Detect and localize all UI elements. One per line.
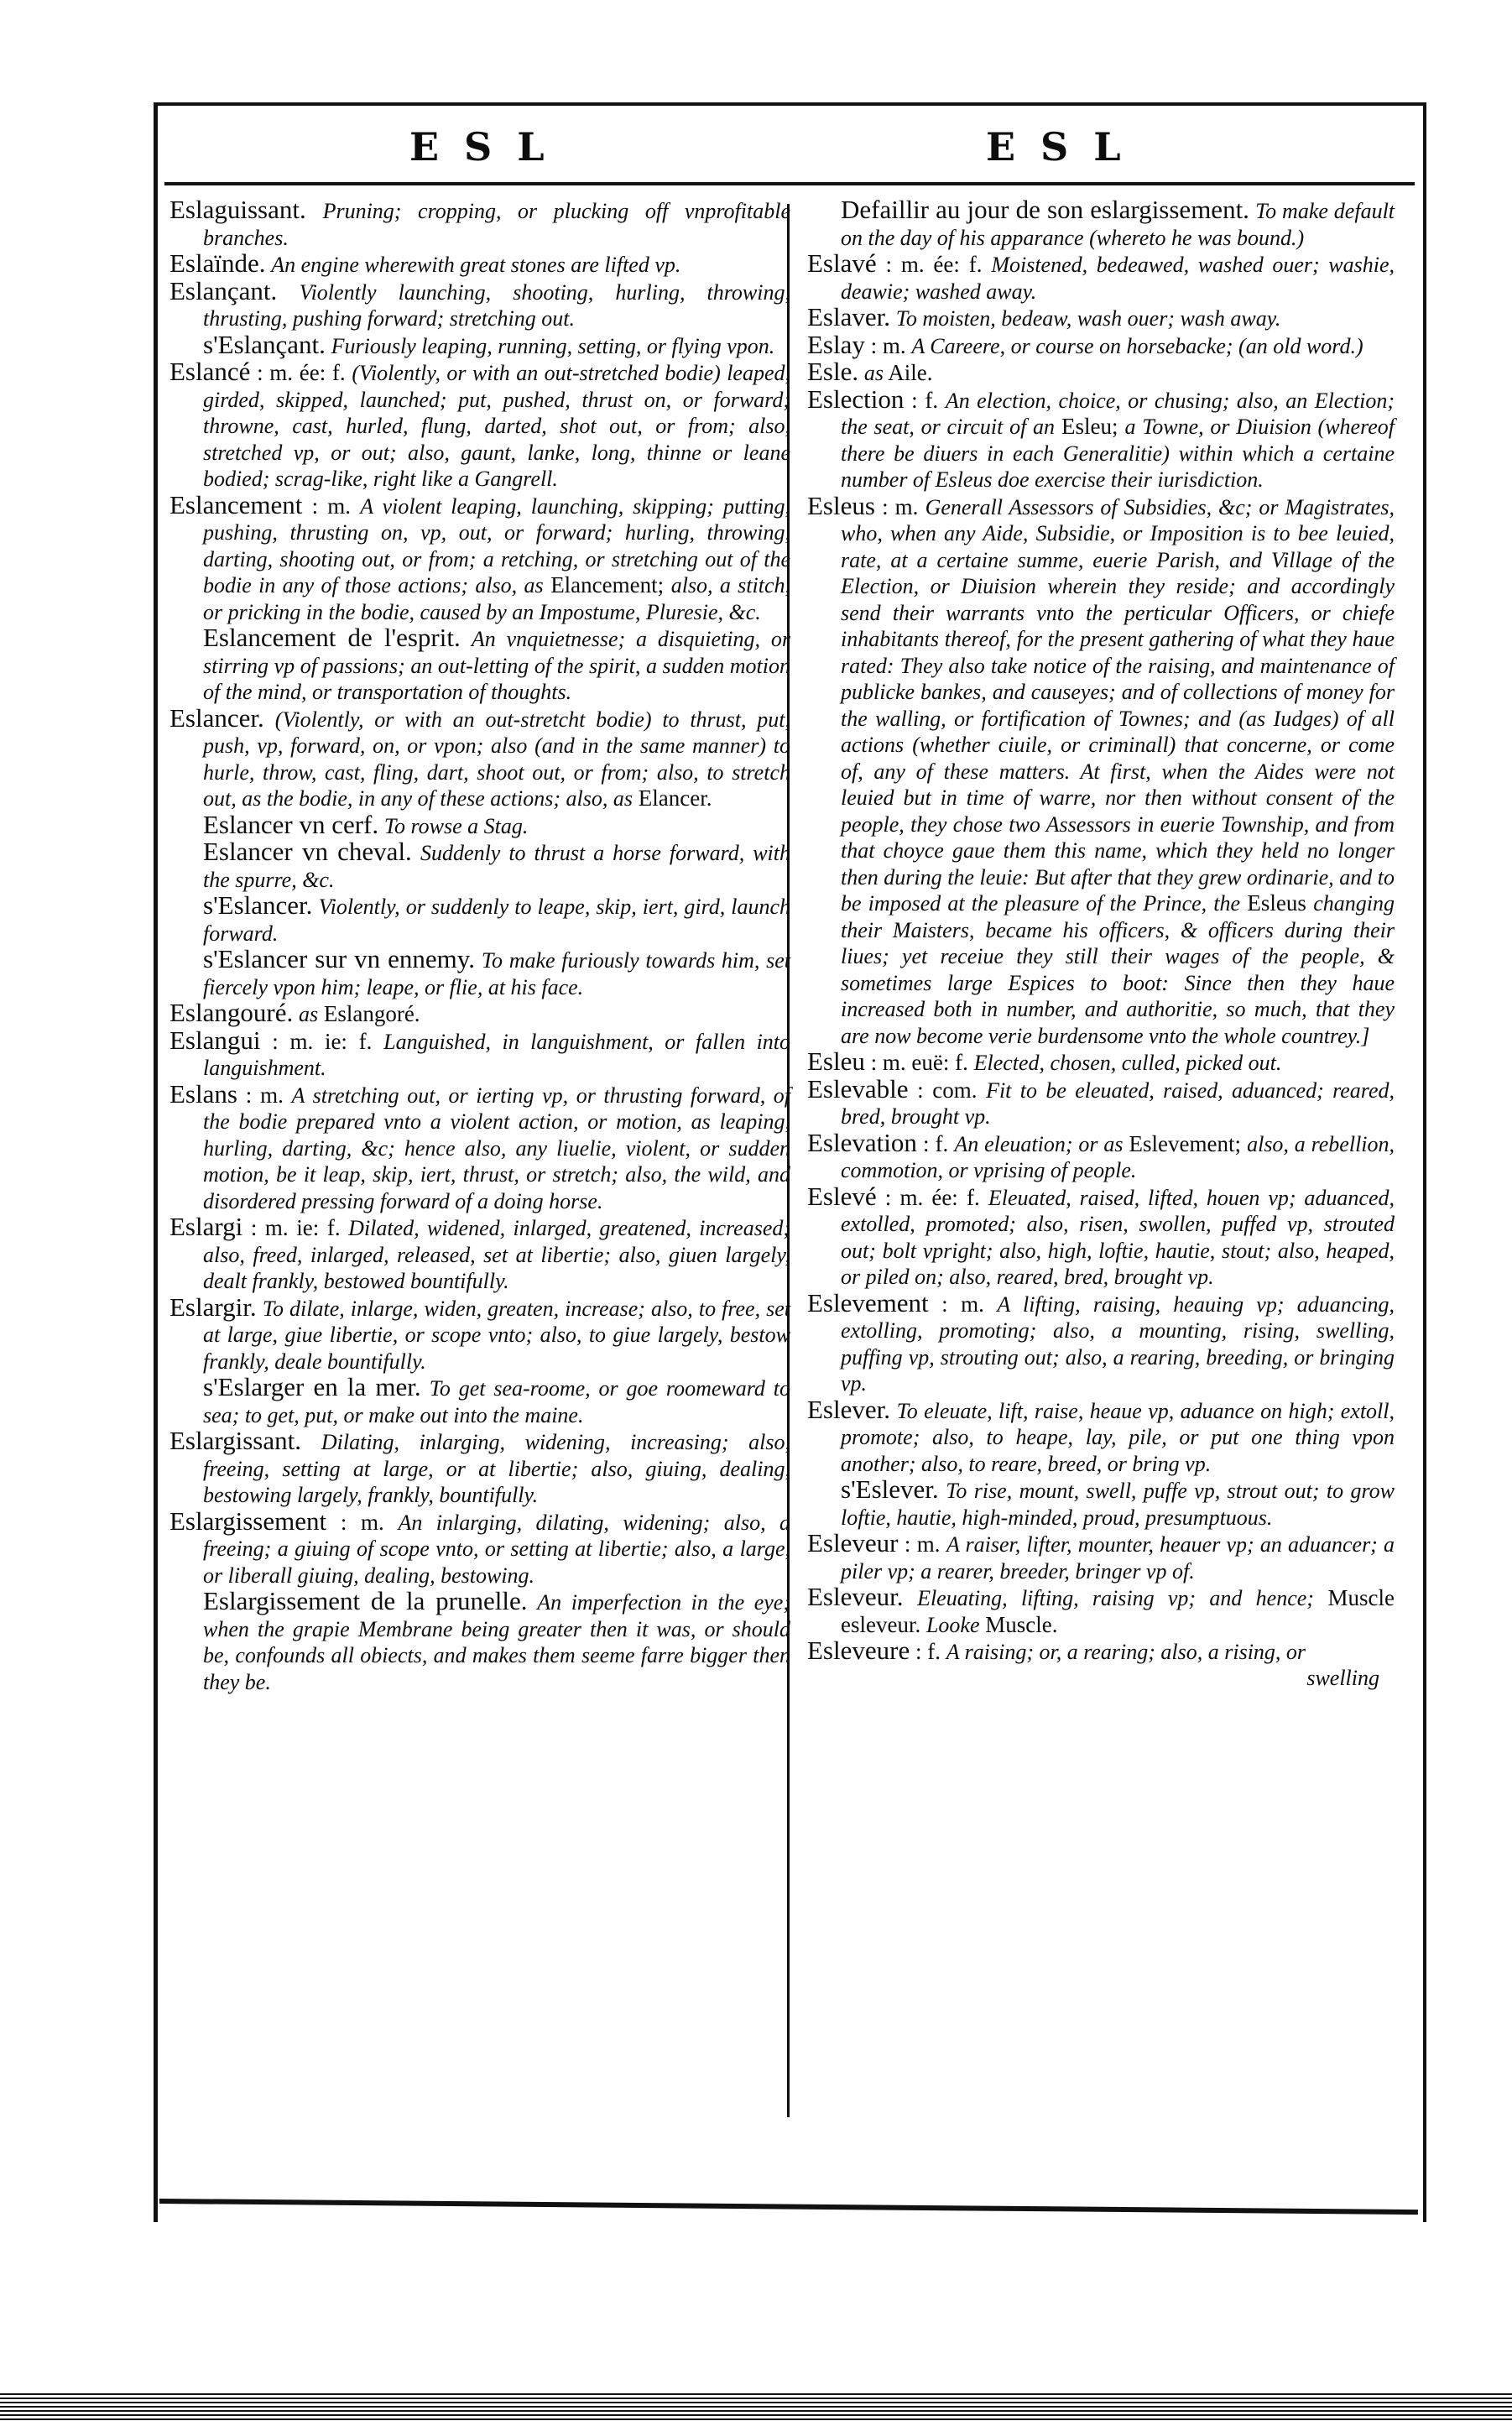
headword: Eslancer vn cheval. [203, 837, 412, 866]
dictionary-entry: Eslevable : com. Fit to be eleuated, rai… [807, 1077, 1395, 1130]
headword: Eslaver. [807, 302, 890, 331]
headword: Eslargissement [169, 1506, 326, 1536]
cross-reference: Muscle. [985, 1612, 1057, 1637]
headword: Eslangouré. [169, 998, 293, 1027]
scan-artifact [0, 2393, 1512, 2421]
headword: Eslargissement de la prunelle. [203, 1586, 527, 1615]
headword: Defaillir au jour de son eslargissement. [841, 195, 1249, 224]
headword: Eslargir. [169, 1292, 257, 1322]
definition: as [864, 361, 884, 385]
grammar-label: : m. [882, 494, 918, 519]
definition-continued: Looke [926, 1613, 980, 1637]
dictionary-entry: Defaillir au jour de son eslargissement.… [807, 197, 1395, 251]
definition: Generall Assessors of Subsidies, &c; or … [841, 495, 1395, 916]
headword: Esleveur. [807, 1582, 904, 1611]
dictionary-entry: Eslargissement de la prunelle. An imperf… [169, 1589, 790, 1695]
running-head-right: ESL [986, 124, 1146, 170]
dictionary-entry: Eslargi : m. ie: f. Dilated, widened, in… [169, 1214, 790, 1295]
dictionary-entry: Esle. as Aile. [807, 359, 1395, 387]
dictionary-entry: Eslevé : m. ée: f. Eleuated, raised, lif… [807, 1184, 1395, 1291]
dictionary-entry: s'Eslançant. Furiously leaping, running,… [169, 332, 790, 360]
dictionary-entry: Eslancement de l'esprit. An vnquietnesse… [169, 625, 790, 706]
definition: Elected, chosen, culled, picked out. [974, 1051, 1282, 1075]
definition: To eleuate, lift, raise, heaue vp, aduan… [841, 1399, 1395, 1476]
grammar-label: : com. [917, 1077, 977, 1103]
headword: Esleu [807, 1046, 865, 1076]
dictionary-entry: s'Eslever. To rise, mount, swell, puffe … [807, 1477, 1395, 1531]
grammar-label: : m. [246, 1083, 284, 1108]
grammar-label: : m. ée: f. [885, 252, 982, 277]
headword: Esle. [807, 357, 858, 386]
header-rule [164, 182, 1415, 185]
dictionary-entry: s'Eslancer. Violently, or suddenly to le… [169, 893, 790, 947]
dictionary-entry: Eslans : m. A stretching out, or ierting… [169, 1082, 790, 1215]
dictionary-entry: Eslancer. (Violently, or with an out-str… [169, 706, 790, 812]
headword: Eslaguissant. [169, 195, 306, 224]
headword: Eslançant. [169, 276, 277, 305]
dictionary-entry: Eslay : m. A Careere, or course on horse… [807, 332, 1395, 360]
running-head-left: ESL [409, 124, 570, 170]
headword: Eslans [169, 1079, 237, 1109]
definition: A stretching out, or ierting vp, or thru… [203, 1083, 790, 1213]
right-column: Defaillir au jour de son eslargissement.… [807, 197, 1395, 1691]
headword: Eslargissant. [169, 1426, 301, 1455]
grammar-label: : m. [905, 1531, 941, 1557]
headword: Eslaïnde. [169, 248, 266, 278]
headword: s'Eslever. [841, 1474, 939, 1504]
definition: A Careere, or course on horsebacke; (an … [911, 334, 1363, 358]
headword: Eslancer. [169, 703, 264, 733]
headword: s'Eslarger en la mer. [203, 1372, 421, 1401]
dictionary-entry: Eslevement : m. A lifting, raising, heau… [807, 1291, 1395, 1397]
grammar-label: : m. ée: f. [257, 360, 346, 385]
grammar-label: : m. ie: f. [251, 1215, 341, 1240]
dictionary-entry: Eslaver. To moisten, bedeaw, wash ouer; … [807, 305, 1395, 332]
dictionary-entry: Esleu : m. euë: f. Elected, chosen, cull… [807, 1049, 1395, 1077]
headword: Eslevable [807, 1074, 909, 1104]
dictionary-entry: Eslevation : f. An eleuation; or as Esle… [807, 1130, 1395, 1184]
headword: Eslangui [169, 1025, 261, 1055]
dictionary-entry: Eslargissement : m. An inlarging, dilati… [169, 1509, 790, 1589]
headword: Eslargi [169, 1212, 242, 1241]
headword: Eslay [807, 330, 865, 359]
grammar-label: : m. [341, 1510, 384, 1535]
headword: s'Eslancer. [203, 890, 312, 920]
dictionary-entry: Eslancer vn cheval. Suddenly to thrust a… [169, 839, 790, 893]
headword: Eslevement [807, 1288, 929, 1317]
cross-reference: Eslangoré. [324, 1001, 420, 1026]
cross-reference: Aile. [888, 360, 932, 385]
headword: Eslancer vn cerf. [203, 810, 378, 839]
grammar-label: : f. [911, 388, 938, 413]
grammar-label: : m. ie: f. [272, 1029, 372, 1054]
dictionary-entry: Eslargissant. Dilating, inlarging, widen… [169, 1428, 790, 1509]
grammar-label: : m. [871, 333, 906, 358]
cross-reference: Elancer. [639, 785, 712, 811]
grammar-label: : m. [312, 493, 351, 519]
dictionary-entry: Eslancement : m. A violent leaping, laun… [169, 493, 790, 626]
dictionary-entry: Esleveure : f. A raising; or, a rearing;… [807, 1638, 1395, 1666]
dictionary-entry: Eslaïnde. An engine wherewith great ston… [169, 251, 790, 279]
left-column: Eslaguissant. Pruning; cropping, or pluc… [169, 197, 790, 1695]
headword: Eslevé [807, 1182, 877, 1211]
dictionary-entry: s'Eslarger en la mer. To get sea-roome, … [169, 1375, 790, 1428]
dictionary-entry: Eslargir. To dilate, inlarge, widen, gre… [169, 1295, 790, 1375]
dictionary-entry: Eslangouré. as Eslangoré. [169, 1000, 790, 1028]
definition: Violently launching, shooting, hurling, … [203, 280, 790, 331]
dictionary-entry: Esleveur. Eleuating, lifting, raising vp… [807, 1584, 1395, 1638]
definition: To moisten, bedeaw, wash ouer; wash away… [896, 306, 1281, 331]
headword: Esleus [807, 491, 875, 520]
catchword: swelling [807, 1666, 1395, 1692]
dictionary-entry: Eslangui : m. ie: f. Languished, in lang… [169, 1028, 790, 1082]
grammar-label: : m. [941, 1291, 984, 1317]
definition: An eleuation; or as [954, 1132, 1123, 1156]
headword: Eslection [807, 384, 904, 414]
dictionary-entry: Esleus : m. Generall Assessors of Subsid… [807, 493, 1395, 1050]
definition: Eleuating, lifting, raising vp; and henc… [917, 1586, 1314, 1610]
headword: Eslancé [169, 357, 250, 386]
headword: s'Eslançant. [203, 330, 326, 359]
definition: Furiously leaping, running, setting, or … [331, 334, 775, 358]
headword: Eslevation [807, 1128, 917, 1157]
dictionary-entry: Eslection : f. An election, choice, or c… [807, 387, 1395, 493]
dictionary-entry: Eslaguissant. Pruning; cropping, or pluc… [169, 197, 790, 251]
headword: Eslancement de l'esprit. [203, 623, 461, 652]
dictionary-entry: Eslancer vn cerf. To rowse a Stag. [169, 812, 790, 840]
headword: s'Eslancer sur vn ennemy. [203, 944, 475, 973]
cross-reference: Elancement; [550, 572, 664, 597]
dictionary-entry: Eslancé : m. ée: f. (Violently, or with … [169, 359, 790, 493]
dictionary-entry: Eslavé : m. ée: f. Moistened, bedeawed, … [807, 251, 1395, 305]
dictionary-entry: s'Eslancer sur vn ennemy. To make furiou… [169, 947, 790, 1000]
dictionary-entry: Eslançant. Violently launching, shooting… [169, 279, 790, 332]
grammar-label: : m. euë: f. [871, 1050, 968, 1075]
dictionary-entry: Esleveur : m. A raiser, lifter, mounter,… [807, 1531, 1395, 1584]
headword: Esleveure [807, 1636, 910, 1665]
headword: Eslancement [169, 490, 302, 519]
grammar-label: : f. [923, 1131, 948, 1156]
grammar-label: : f. [915, 1639, 941, 1664]
dictionary-entry: Eslever. To eleuate, lift, raise, heaue … [807, 1397, 1395, 1478]
definition: A raising; or, a rearing; also, a rising… [946, 1640, 1306, 1664]
definition: as [299, 1002, 318, 1026]
cross-reference: Esleu; [1061, 414, 1118, 439]
grammar-label: : m. ée: f. [885, 1185, 980, 1210]
headword: Eslever. [807, 1395, 890, 1424]
cross-reference: Eslevement; [1129, 1131, 1241, 1156]
headword: Esleveur [807, 1528, 898, 1557]
headword: Eslavé [807, 248, 877, 278]
cross-reference: Esleus [1247, 890, 1306, 916]
definition: To rowse a Stag. [384, 814, 528, 838]
definition: An engine wherewith great stones are lif… [271, 253, 680, 277]
definition: To dilate, inlarge, widen, greaten, incr… [203, 1297, 790, 1374]
